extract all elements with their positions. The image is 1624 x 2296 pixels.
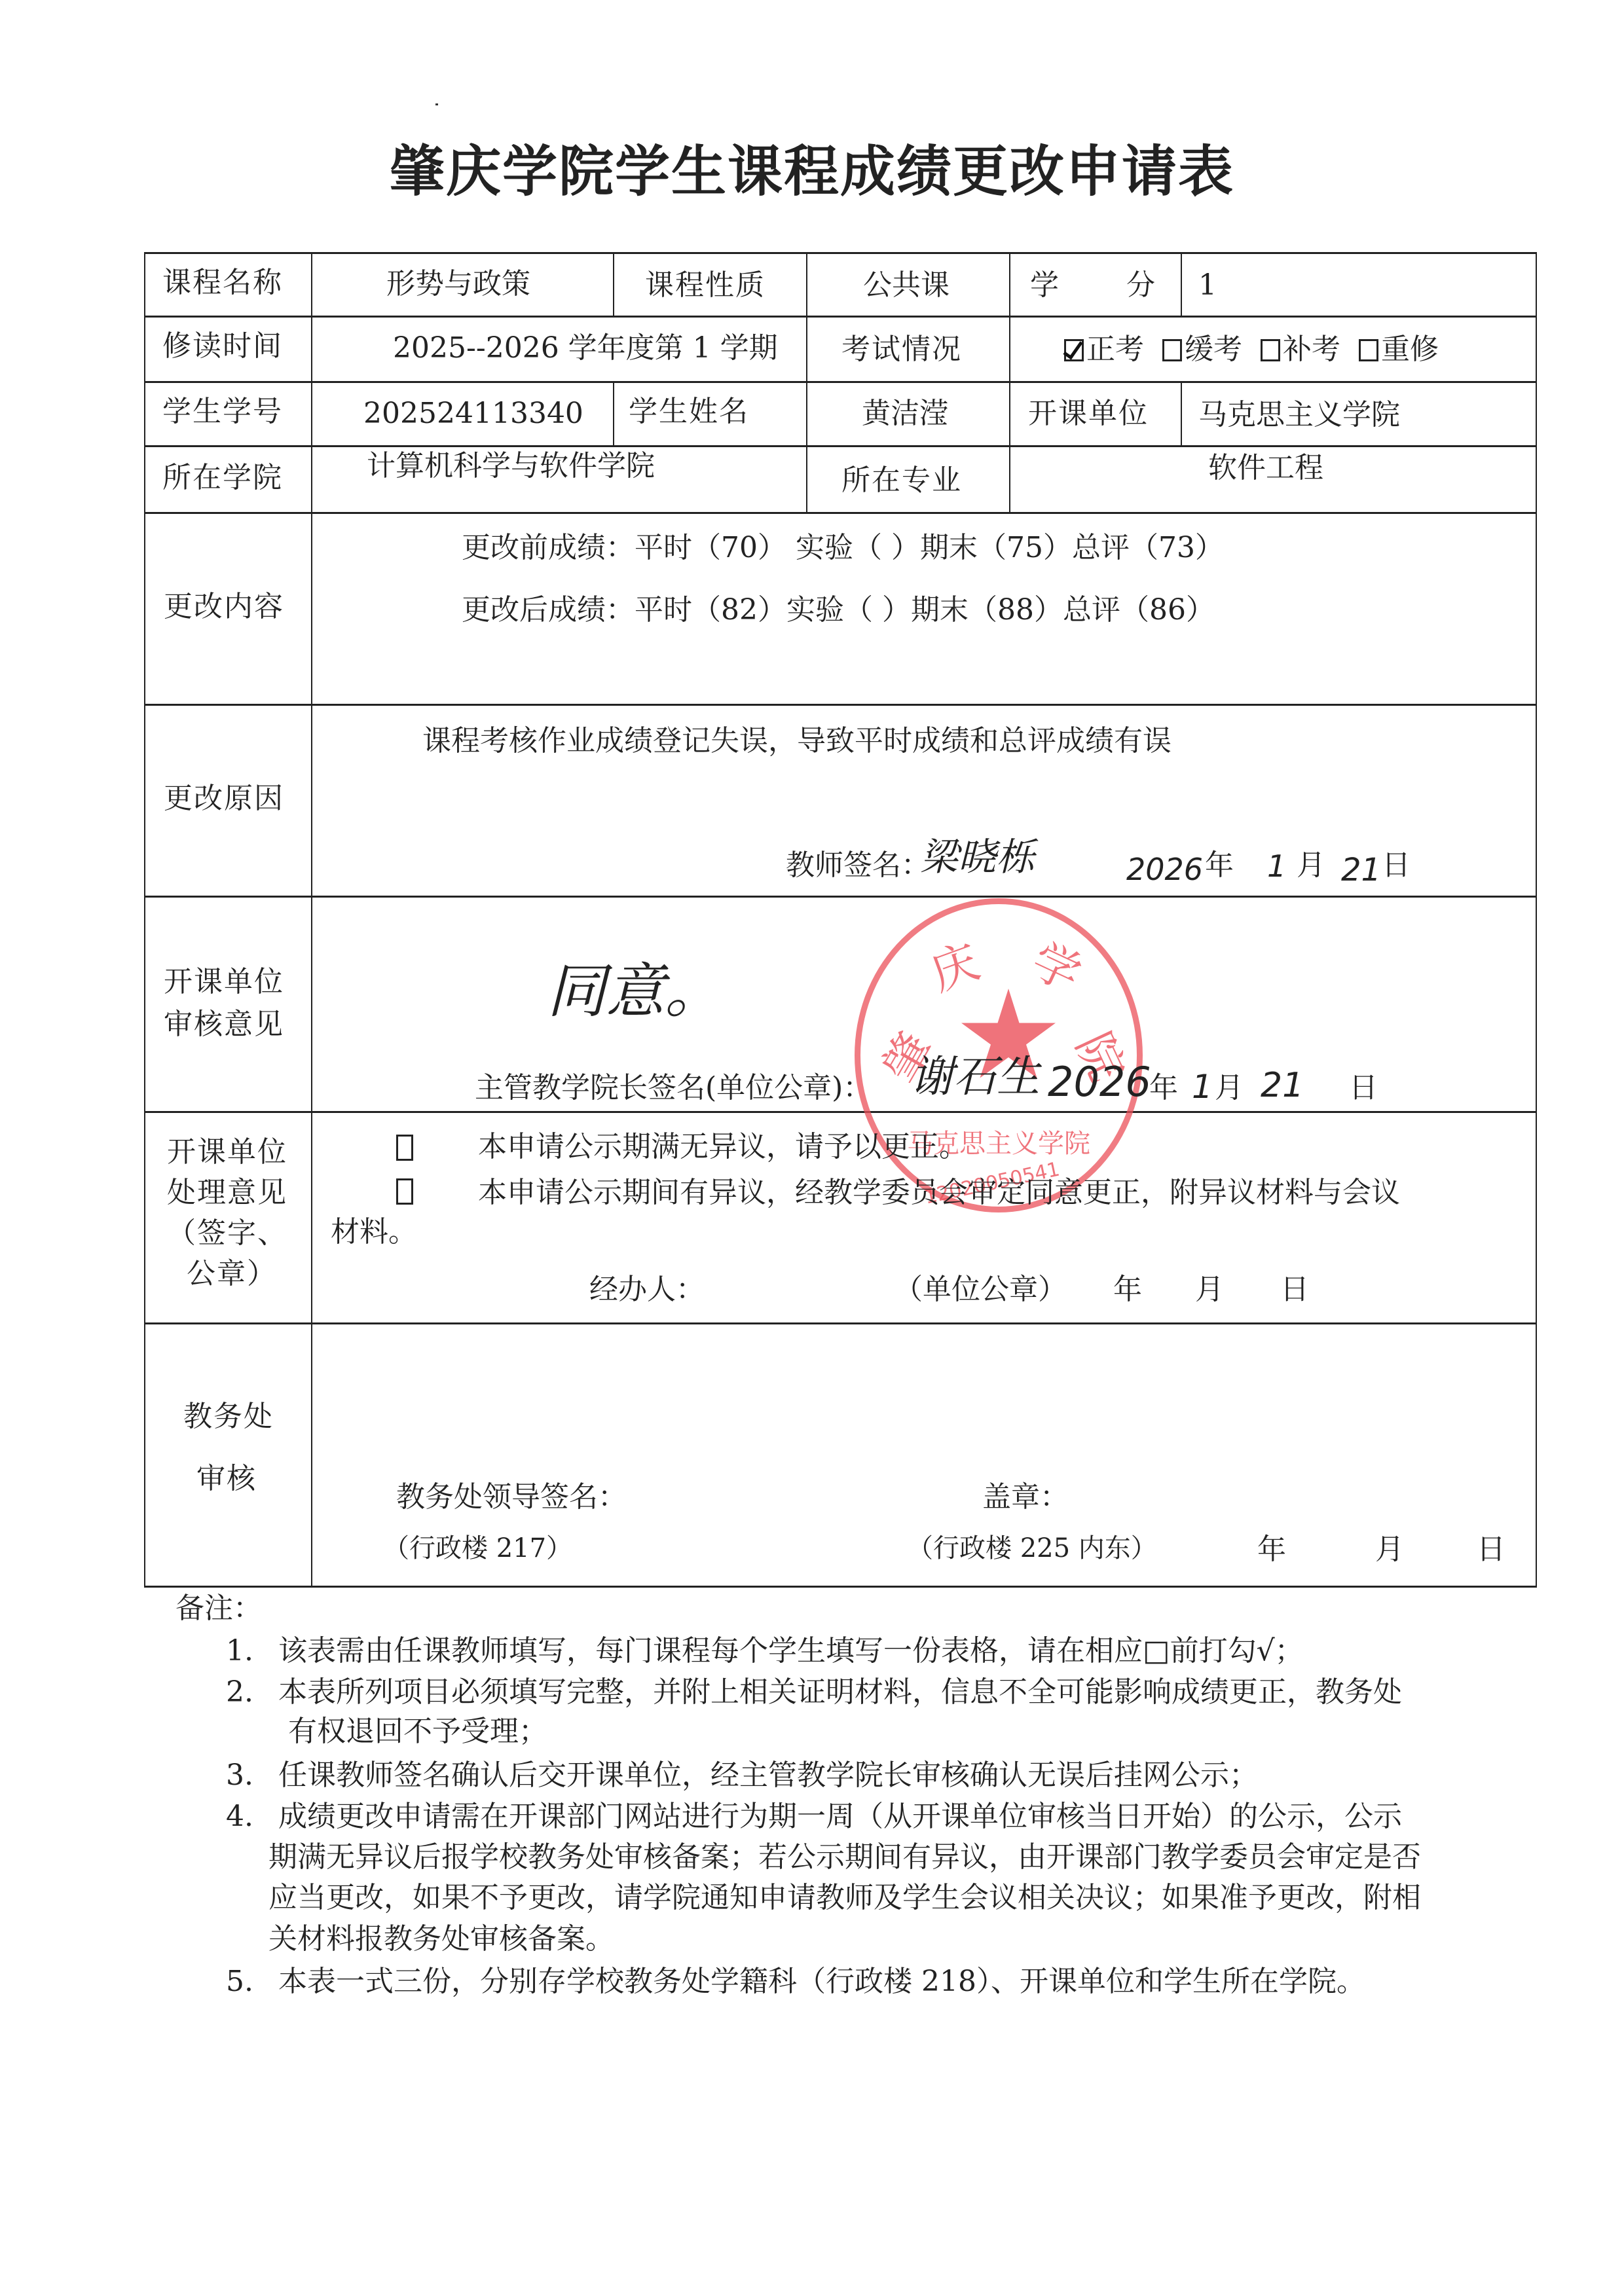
dean-sign-day: 21 [1261, 1068, 1304, 1102]
table-border-left [144, 252, 145, 1588]
change-reason-text: 课程考核作业成绩登记失误，导致平时成绩和总评成绩有误 [422, 727, 1172, 756]
exam-status-options: 正考 缓考 补考 重修 [1064, 335, 1439, 364]
exam-option-deferred[interactable]: 缓考 [1162, 333, 1242, 366]
remark-line: 期满无异议后报学校教务处审核备案；若公示期间有异议，由开课部门教学委员会审定是否 [268, 1843, 1421, 1872]
row-divider [144, 1111, 1537, 1113]
student-name-label: 学生姓名 [629, 397, 749, 426]
row-divider [144, 381, 1537, 383]
course-type-label: 课程性质 [645, 271, 766, 300]
col-divider [806, 252, 807, 512]
row-divider [144, 316, 1537, 318]
unit-processing-label-line4: 公章） [187, 1260, 277, 1288]
exam-option-regular[interactable]: 正考 [1064, 333, 1144, 366]
teacher-sign-day: 21 [1341, 854, 1381, 886]
year-label: 年 [1149, 1074, 1178, 1102]
remark-number: 3. [226, 1761, 253, 1790]
checkbox-checked-icon[interactable] [1064, 339, 1084, 361]
table-border-top [144, 252, 1537, 254]
teacher-sign-label: 教师签名： [786, 851, 930, 880]
day-label: 日 [1382, 851, 1411, 880]
dean-sign-label: 主管教学院长签名(单位公章)： [475, 1074, 872, 1102]
row-divider [144, 1322, 1537, 1324]
student-id-label: 学生学号 [162, 397, 283, 426]
remark-line: 关材料报教务处审核备案。 [268, 1925, 614, 1954]
table-border-right [1536, 252, 1537, 1588]
col-divider [613, 252, 614, 316]
student-name-value: 黄洁滢 [862, 399, 948, 428]
change-content-label: 更改内容 [164, 592, 284, 621]
unit-review-opinion: 同意。 [547, 962, 724, 1021]
study-time-value: 2025--2026 学年度第 1 学期 [393, 334, 778, 363]
row-divider [144, 512, 1537, 514]
course-type-value: 公共课 [863, 271, 950, 300]
checkbox-icon[interactable] [1359, 339, 1378, 361]
credit-value: 1 [1198, 271, 1217, 300]
row-divider [144, 704, 1537, 706]
row-divider [144, 896, 1537, 898]
checkbox-icon[interactable] [396, 1135, 413, 1161]
dean-sign-month: 1 [1192, 1070, 1213, 1103]
exam-option-label: 缓考 [1185, 333, 1242, 366]
exam-option-label: 补考 [1283, 333, 1340, 366]
year-label: 年 [1113, 1275, 1142, 1304]
teacher-sign-month: 1 [1267, 851, 1286, 881]
major-label: 所在专业 [841, 466, 962, 495]
exam-option-label: 正考 [1086, 333, 1144, 366]
offering-unit-value: 马克思主义学院 [1198, 401, 1400, 429]
processing-option-with-objection[interactable] [396, 1178, 416, 1207]
table-border-bottom [144, 1586, 1537, 1588]
handler-label: 经办人： [589, 1275, 705, 1304]
year-label: 年 [1257, 1535, 1286, 1564]
change-reason-label: 更改原因 [164, 784, 284, 813]
remark-line: 应当更改，如果不予更改，请学院通知申请教师及学生会议相关决议；如果准予更改，附相 [268, 1884, 1421, 1912]
col-divider [1181, 252, 1182, 316]
exam-option-retake[interactable]: 重修 [1359, 333, 1439, 366]
col-divider [1009, 252, 1010, 512]
study-time-label: 修读时间 [162, 332, 283, 361]
unit-processing-label-line1: 开课单位 [167, 1138, 287, 1167]
dean-sign-year: 2026 [1048, 1062, 1151, 1102]
processing-option-with-objection-text: 本申请公示期间有异议，经教学委员会审定同意更正，附异议材料与会议 [478, 1178, 1400, 1207]
remark-line: 任课教师签名确认后交开课单位，经主管教学院长审核确认无误后挂网公示； [278, 1761, 1258, 1790]
remark-line: 该表需由任课教师填写，每门课程每个学生填写一份表格，请在相应□前打勾√； [278, 1637, 1304, 1666]
remark-line: 成绩更改申请需在开课部门网站进行为期一周（从开课单位审核当日开始）的公示，公示 [278, 1802, 1402, 1831]
remark-number: 1. [226, 1637, 253, 1666]
unit-processing-label-line2: 处理意见 [167, 1178, 287, 1207]
checkbox-icon[interactable] [1261, 339, 1280, 361]
unit-review-label-line2: 审核意见 [164, 1010, 284, 1039]
exam-option-label: 重修 [1381, 333, 1439, 366]
major-value: 软件工程 [1208, 454, 1323, 483]
unit-seal-label: （单位公章） [894, 1275, 1067, 1304]
col-divider [613, 381, 614, 445]
course-name-value: 形势与政策 [386, 270, 530, 299]
label-column-divider [311, 252, 312, 1588]
processing-option-with-objection-text-cont: 材料。 [331, 1218, 417, 1247]
exam-option-makeup[interactable]: 补考 [1261, 333, 1340, 366]
dean-signature: 谢石生 [910, 1055, 1040, 1099]
teacher-signature: 梁晓栎 [920, 838, 1034, 876]
grades-after-line: 更改后成绩：平时（82）实验（ ）期末（88）总评（86） [462, 596, 1215, 625]
month-label: 月 [1375, 1535, 1404, 1564]
affairs-office-1: （行政楼 217） [383, 1535, 572, 1561]
college-value: 计算机科学与软件学院 [367, 452, 655, 481]
affairs-office-2: （行政楼 225 内东） [907, 1535, 1157, 1561]
credit-label-char2: 分 [1126, 271, 1155, 300]
exam-status-label: 考试情况 [841, 335, 962, 364]
day-label: 日 [1280, 1275, 1309, 1304]
remark-line: 本表所列项目必须填写完整，并附上相关证明材料，信息不全可能影响成绩更正，教务处 [278, 1678, 1402, 1707]
academic-affairs-label-line2: 审核 [196, 1465, 257, 1493]
remarks-heading: 备注： [175, 1594, 262, 1623]
processing-option-no-objection[interactable] [396, 1135, 416, 1163]
month-label: 月 [1195, 1275, 1224, 1304]
academic-affairs-label-line1: 教务处 [183, 1402, 274, 1431]
remark-number: 5. [226, 1967, 253, 1996]
credit-label-char1: 学 [1030, 271, 1059, 300]
year-label: 年 [1205, 851, 1234, 880]
checkbox-icon[interactable] [396, 1178, 413, 1205]
day-label: 日 [1477, 1535, 1505, 1564]
student-id-value: 202524113340 [363, 399, 583, 428]
offering-unit-label: 开课单位 [1028, 399, 1149, 428]
unit-review-label-line1: 开课单位 [164, 968, 284, 996]
month-label: 月 [1215, 1074, 1244, 1102]
remark-line: 有权退回不予受理； [288, 1717, 547, 1746]
remark-number: 2. [226, 1678, 253, 1707]
remark-line: 本表一式三份，分别存学校教务处学籍科（行政楼 218）、开课单位和学生所在学院。 [278, 1967, 1365, 1996]
row-divider [144, 445, 1537, 447]
day-label: 日 [1349, 1074, 1378, 1102]
course-name-label: 课程名称 [162, 268, 283, 297]
col-divider [1181, 381, 1182, 445]
teacher-sign-year: 2026 [1126, 854, 1203, 884]
affairs-leader-sign-label: 教务处领导签名： [396, 1483, 627, 1512]
unit-processing-label-line3: （签字、 [167, 1219, 287, 1248]
processing-option-no-objection-text: 本申请公示期满无异议，请予以更正。 [478, 1133, 968, 1161]
affairs-seal-label: 盖章： [982, 1483, 1069, 1512]
grades-before-line: 更改前成绩：平时（70） 实验（ ）期末（75）总评（73） [462, 534, 1224, 562]
college-label: 所在学院 [162, 464, 283, 492]
month-label: 月 [1297, 851, 1325, 880]
checkbox-icon[interactable] [1162, 339, 1182, 361]
remark-number: 4. [226, 1802, 253, 1831]
